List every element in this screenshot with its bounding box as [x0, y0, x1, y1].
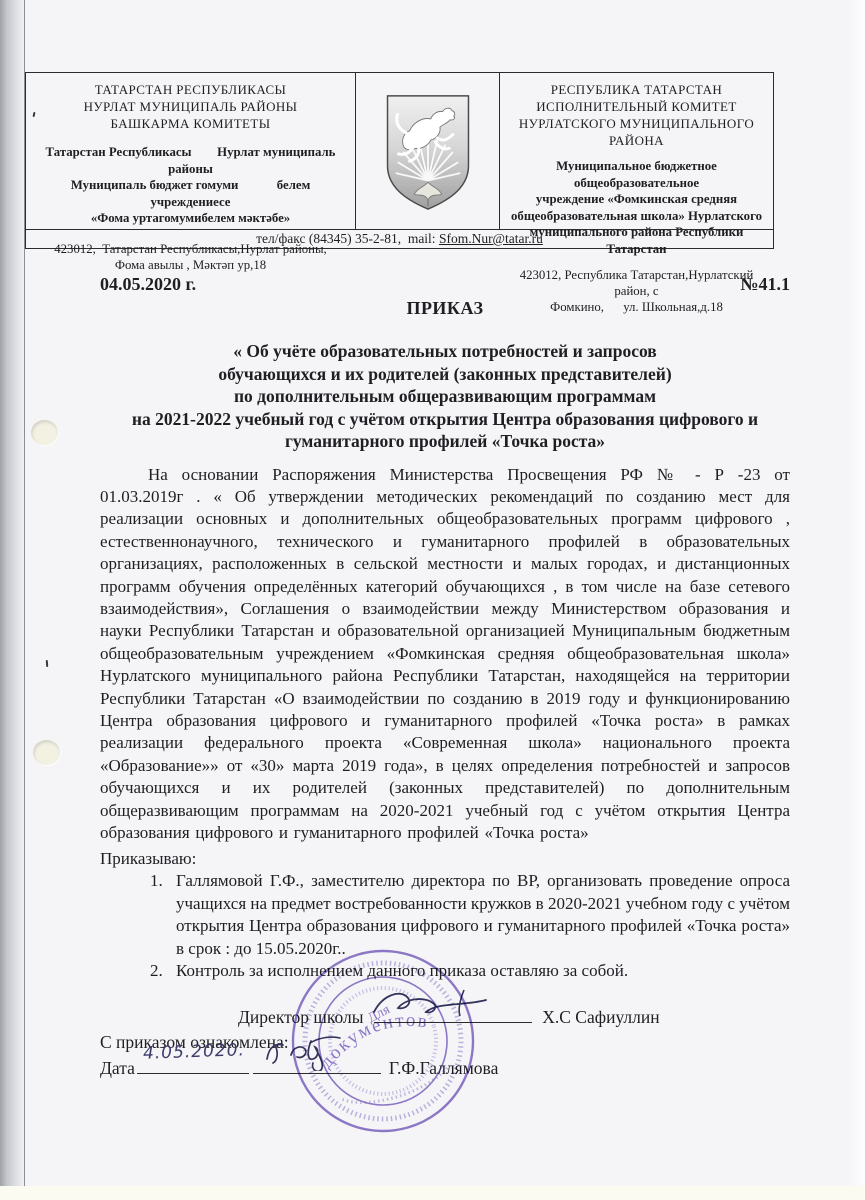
- order-body-paragraph: На основании Распоряжения Министерства П…: [100, 464, 790, 845]
- letterhead-right-cell: РЕСПУБЛИКА ТАТАРСТАН ИСПОЛНИТЕЛЬНЫЙ КОМИ…: [500, 73, 773, 229]
- scan-right-edge: [847, 0, 865, 1186]
- contact-email: Sfom.Nur@tatar.ru: [439, 231, 543, 247]
- scan-bottom-edge: [0, 1186, 865, 1200]
- letterhead-emblem-cell: [356, 73, 500, 229]
- ack-signature-line: [253, 1059, 381, 1074]
- director-signature-ink: [368, 986, 538, 1020]
- order-items-list: Галлямовой Г.Ф., заместителю директора п…: [100, 870, 790, 982]
- punch-hole-bottom: [33, 740, 60, 765]
- director-signature-line: [374, 1008, 532, 1023]
- ink-speck: [46, 660, 48, 667]
- scan-left-edge: [0, 0, 25, 1186]
- order-item-2: Контроль за исполнением данного приказа …: [152, 960, 790, 982]
- org-left-name: Татарстан Республикасы Нурлат муниципаль…: [32, 144, 349, 227]
- handwritten-date: 4.05.2020.: [143, 1041, 246, 1065]
- ack-signature-ink: [261, 1035, 371, 1071]
- date-line: 4.05.2020.: [137, 1059, 249, 1074]
- coat-of-arms-icon: [382, 91, 474, 213]
- acknowledgement-date-row: Дата 4.05.2020. Г.Ф.Галлямова: [100, 1058, 790, 1079]
- org-right-caps: РЕСПУБЛИКА ТАТАРСТАН ИСПОЛНИТЕЛЬНЫЙ КОМИ…: [506, 81, 767, 149]
- ack-name: Г.Ф.Галлямова: [389, 1058, 498, 1079]
- order-document: 04.05.2020 г. №41.1 ПРИКАЗ « Об учёте об…: [100, 274, 790, 1079]
- punch-hole-top: [31, 420, 58, 445]
- order-date: 04.05.2020 г.: [100, 274, 196, 295]
- director-name: Х.С Сафиуллин: [542, 1007, 659, 1027]
- director-label: Директор школы: [238, 1007, 363, 1027]
- date-number-row: 04.05.2020 г. №41.1: [100, 274, 790, 295]
- contact-line: тел/факс (84345) 35-2-81, mail: Sfom.Nur…: [26, 229, 773, 248]
- order-number: №41.1: [740, 274, 790, 295]
- contact-phone: тел/факс (84345) 35-2-81, mail:: [256, 231, 439, 247]
- date-label: Дата: [100, 1058, 135, 1079]
- resolution-label: Приказываю:: [100, 849, 790, 869]
- director-signature-row: Директор школы Х.С Сафиуллин: [238, 1007, 790, 1028]
- letterhead-left-cell: ТАТАРСТАН РЕСПУБЛИКАСЫ НУРЛАТ МУНИЦИПАЛЬ…: [26, 73, 356, 229]
- order-title: « Об учёте образовательных потребностей …: [100, 340, 790, 453]
- doc-type-heading: ПРИКАЗ: [100, 298, 790, 319]
- order-item-1: Галлямовой Г.Ф., заместителю директора п…: [152, 870, 790, 960]
- org-left-caps: ТАТАРСТАН РЕСПУБЛИКАСЫ НУРЛАТ МУНИЦИПАЛЬ…: [32, 81, 349, 132]
- letterhead-table: ТАТАРСТАН РЕСПУБЛИКАСЫ НУРЛАТ МУНИЦИПАЛЬ…: [25, 72, 774, 249]
